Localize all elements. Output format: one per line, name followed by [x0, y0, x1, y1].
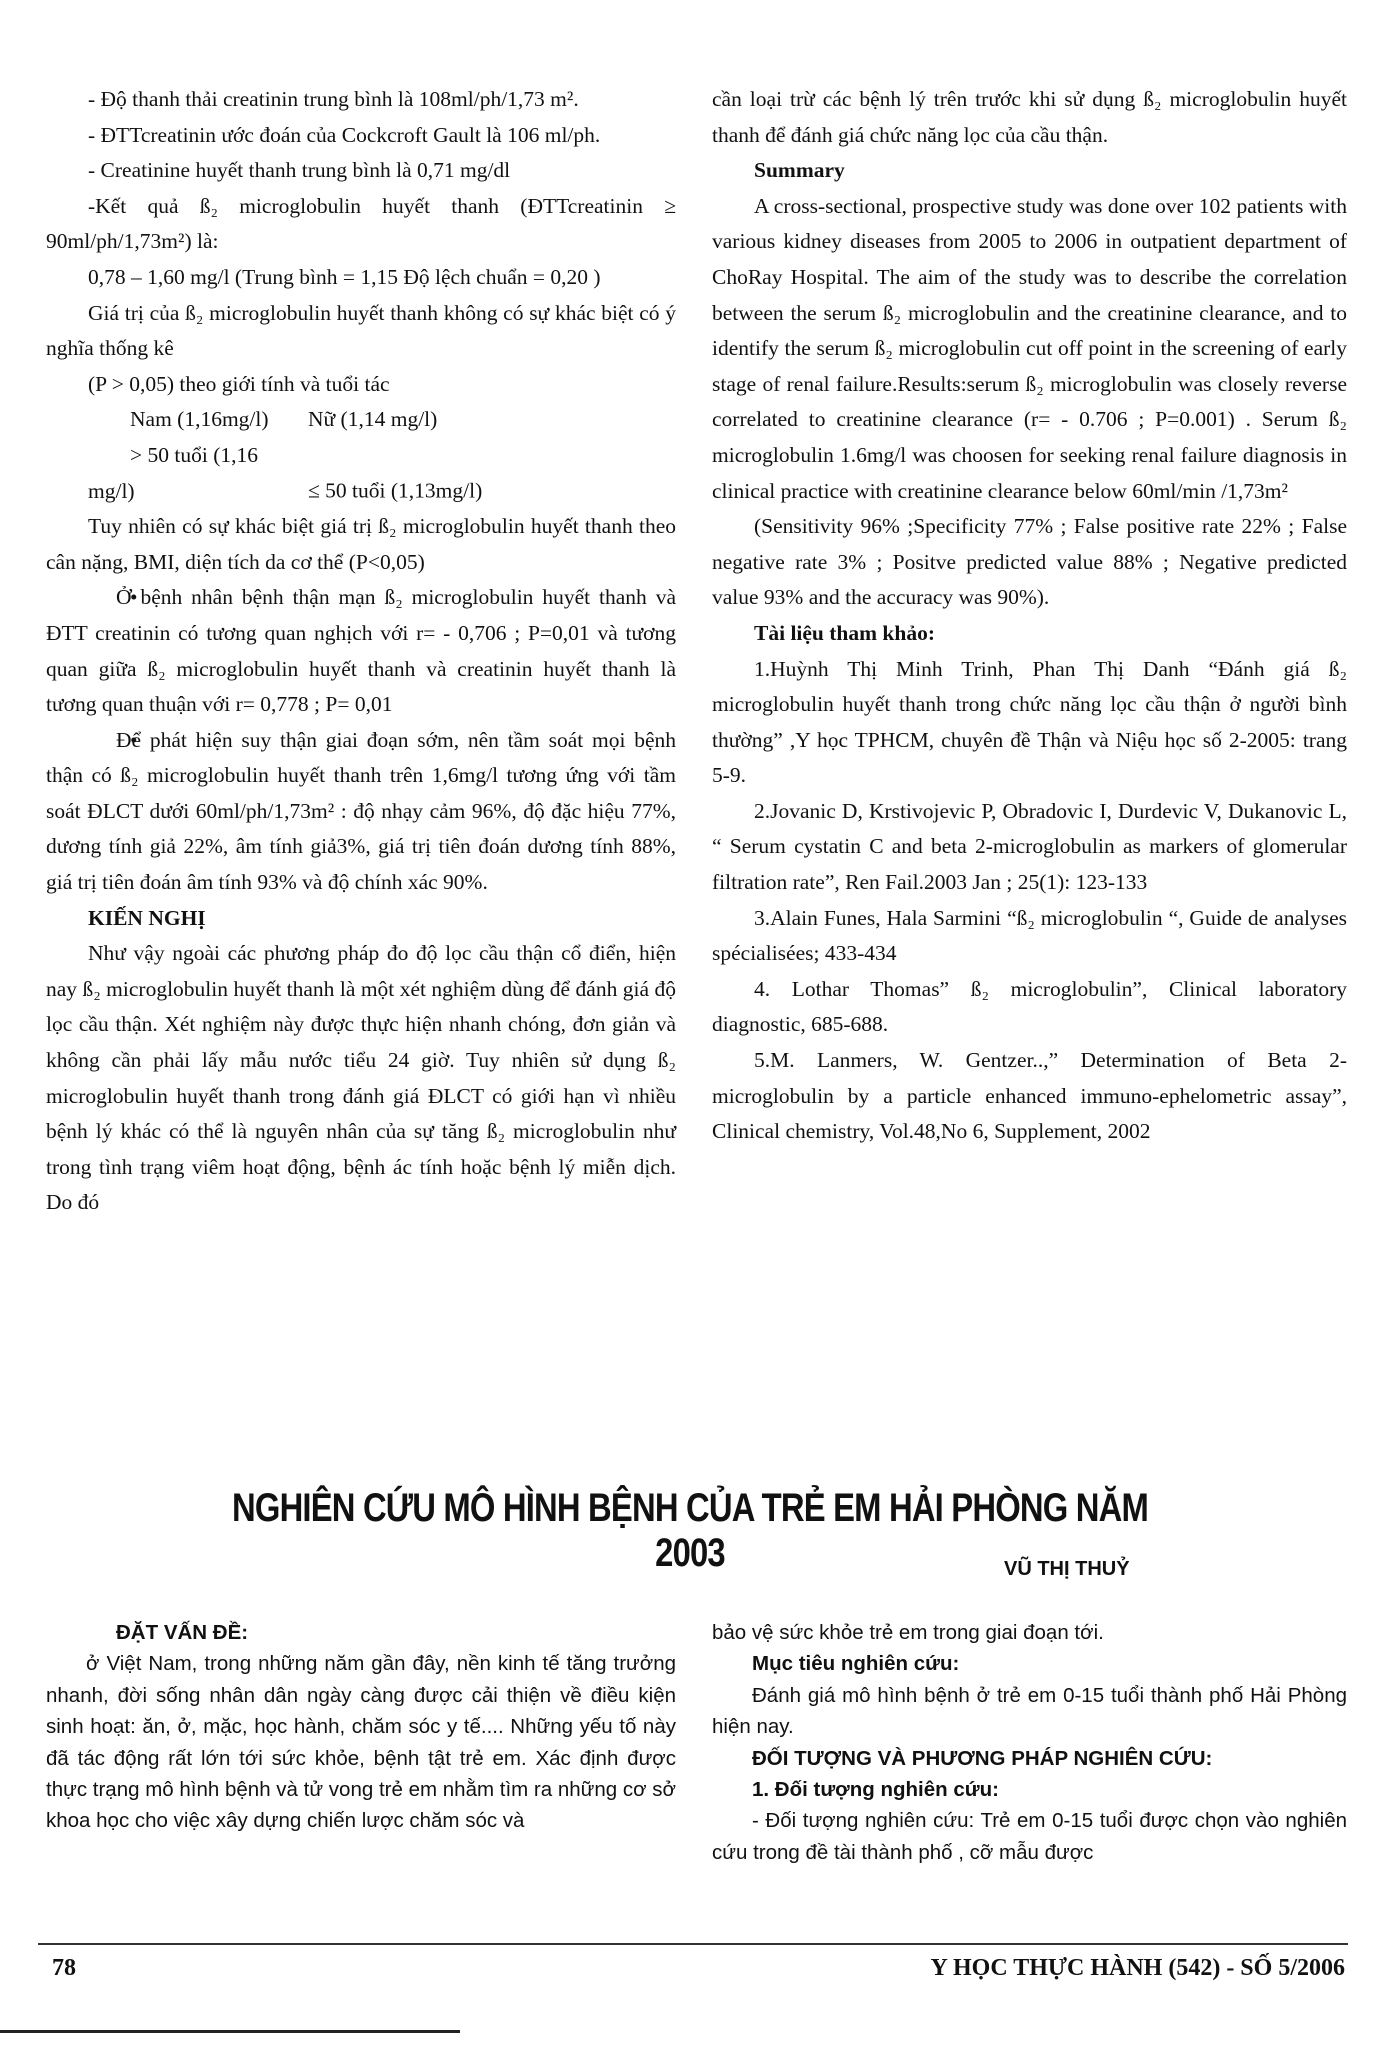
paragraph: cần loại trừ các bệnh lý trên trước khi …: [712, 82, 1347, 153]
paragraph: 0,78 – 1,60 mg/l (Trung bình = 1,15 Độ l…: [46, 260, 676, 296]
bullet-icon: [88, 728, 116, 752]
female-value: Nữ (1,14 mg/l): [308, 407, 437, 431]
article2-right-column: bảo vệ sức khỏe trẻ em trong giai đoạn t…: [712, 1617, 1347, 1868]
summary-stats: (Sensitivity 96% ;Specificity 77% ; Fals…: [712, 509, 1347, 616]
paragraph: Giá trị của ß₂ microglobulin huyết thanh…: [46, 296, 676, 367]
page-number: 78: [52, 1955, 76, 1982]
article2-left-column: ĐẶT VẤN ĐỀ: ở Việt Nam, trong những năm …: [76, 1617, 676, 1837]
section-heading-subjects: 1. Đối tượng nghiên cứu:: [712, 1774, 1347, 1805]
article1-left-column: - Độ thanh thải creatinin trung bình là …: [46, 82, 676, 1221]
bullet-item: Để phát hiện suy thận giai đoạn sớm, nên…: [46, 723, 676, 901]
bullet-icon: [88, 585, 116, 609]
gender-values: Nam (1,16mg/l)Nữ (1,14 mg/l): [46, 402, 676, 438]
article1-right-column: cần loại trừ các bệnh lý trên trước khi …: [712, 82, 1347, 1150]
article2-author: VŨ THỊ THUỶ: [1004, 1558, 1130, 1581]
section-heading-methods: ĐỐI TƯỢNG VÀ PHƯƠNG PHÁP NGHIÊN CỨU:: [712, 1743, 1347, 1774]
over-50-value: > 50 tuổi (1,16 mg/l): [88, 438, 308, 509]
reference-item: 5.M. Lanmers, W. Gentzer..,” Determinati…: [712, 1043, 1347, 1150]
paragraph: - Đối tượng nghiên cứu: Trẻ em 0-15 tuổi…: [712, 1805, 1347, 1868]
paragraph: -Kết quả ß₂ microglobulin huyết thanh (Đ…: [46, 189, 676, 260]
reference-item: 2.Jovanic D, Krstivojevic P, Obradovic I…: [712, 794, 1347, 901]
bottom-divider: [0, 2030, 460, 2033]
paragraph: Tuy nhiên có sự khác biệt giá trị ß₂ mic…: [46, 509, 676, 580]
section-heading-summary: Summary: [712, 153, 1347, 189]
paragraph: ở Việt Nam, trong những năm gần đây, nền…: [46, 1648, 676, 1836]
reference-item: 3.Alain Funes, Hala Sarmini “ß₂ microglo…: [712, 901, 1347, 972]
footer-divider: [38, 1943, 1348, 1945]
paragraph: Như vậy ngoài các phương pháp đo độ lọc …: [46, 936, 676, 1221]
paragraph: Đánh giá mô hình bệnh ở trẻ em 0-15 tuổi…: [712, 1680, 1347, 1743]
bullet-text: Để phát hiện suy thận giai đoạn sớm, nên…: [46, 728, 676, 894]
paragraph: (P > 0,05) theo giới tính và tuổi tác: [46, 367, 676, 403]
section-heading-recommendation: KIẾN NGHỊ: [46, 901, 676, 937]
male-value: Nam (1,16mg/l): [88, 402, 308, 438]
journal-name: Y HỌC THỰC HÀNH (542) - SỐ 5/2006: [931, 1955, 1345, 1982]
bullet-text: Ở bệnh nhân bệnh thận mạn ß₂ microglobul…: [46, 585, 676, 716]
under-50-value: ≤ 50 tuổi (1,13mg/l): [308, 479, 482, 503]
reference-item: 1.Huỳnh Thị Minh Trinh, Phan Thị Danh “Đ…: [712, 652, 1347, 794]
age-values: > 50 tuổi (1,16 mg/l)≤ 50 tuổi (1,13mg/l…: [46, 438, 676, 509]
paragraph: - Creatinine huyết thanh trung bình là 0…: [46, 153, 676, 189]
paragraph: - Độ thanh thải creatinin trung bình là …: [46, 82, 676, 118]
reference-item: 4. Lothar Thomas” ß₂ microglobulin”, Cli…: [712, 972, 1347, 1043]
section-heading-objective: Mục tiêu nghiên cứu:: [712, 1648, 1347, 1679]
summary-text: A cross-sectional, prospective study was…: [712, 189, 1347, 509]
paragraph: - ĐTTcreatinin ước đoán của Cockcroft Ga…: [46, 118, 676, 154]
bullet-item: Ở bệnh nhân bệnh thận mạn ß₂ microglobul…: [46, 580, 676, 722]
section-heading-references: Tài liệu tham khảo:: [712, 616, 1347, 652]
paragraph: bảo vệ sức khỏe trẻ em trong giai đoạn t…: [712, 1617, 1347, 1648]
section-heading-intro: ĐẶT VẤN ĐỀ:: [76, 1617, 676, 1648]
